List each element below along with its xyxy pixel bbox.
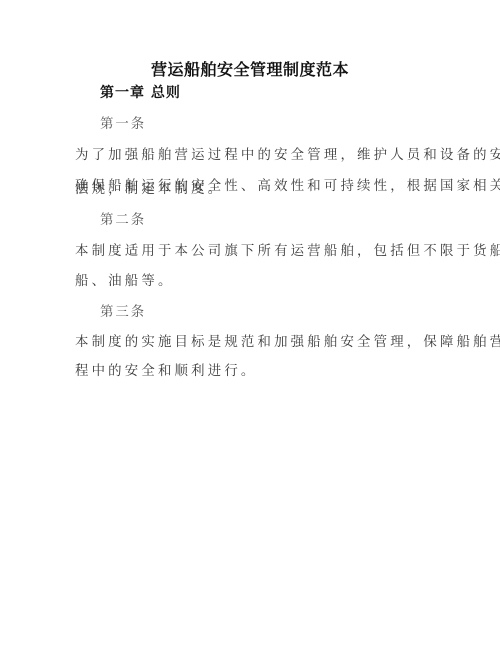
article-label: 第三条 xyxy=(100,301,445,320)
body-line: 程中的安全和顺利进行。 xyxy=(75,360,420,379)
body-line: 为了加强船舶营运过程中的安全管理，维护人员和设备的安全， xyxy=(75,144,420,163)
document-page: 营运船舶安全管理制度范本 第一章 总则 第一条 为了加强船舶营运过程中的安全管理… xyxy=(0,0,500,647)
body-line: 法规，制定本制度。 xyxy=(75,178,420,197)
article-label: 第二条 xyxy=(100,209,445,228)
body-line: 本制度适用于本公司旗下所有运营船舶，包括但不限于货船、客 xyxy=(75,240,420,259)
document-title: 营运船舶安全管理制度范本 xyxy=(0,57,500,80)
body-line: 本制度的实施目标是规范和加强船舶安全管理，保障船舶营运过 xyxy=(75,331,420,350)
chapter-heading: 第一章 总则 xyxy=(100,82,445,102)
body-line: 船、油船等。 xyxy=(75,270,420,289)
article-label: 第一条 xyxy=(100,113,445,132)
